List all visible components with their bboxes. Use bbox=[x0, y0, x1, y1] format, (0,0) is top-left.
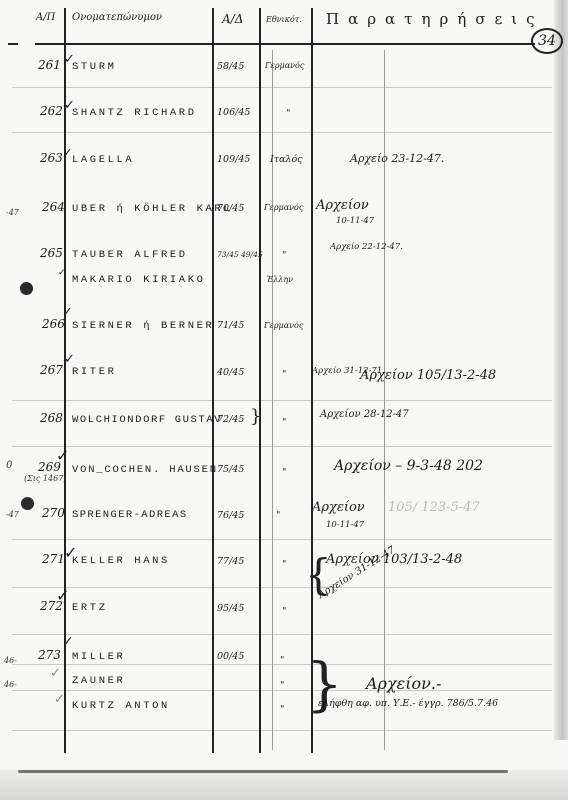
group-remark-title: Αρχείον.- bbox=[366, 674, 441, 693]
row-name: RITER bbox=[72, 366, 117, 378]
row-ad: 00/45 bbox=[217, 651, 244, 662]
row-nationality: " bbox=[286, 108, 290, 119]
row-name: STURM bbox=[72, 61, 117, 73]
row-remark: Αρχείον bbox=[312, 500, 365, 515]
ruled-line bbox=[12, 730, 552, 731]
row-number: 268 bbox=[40, 411, 63, 425]
row-number: 271 bbox=[42, 552, 65, 566]
row-nationality: Γερμανός bbox=[265, 61, 304, 70]
row-nationality: " bbox=[282, 559, 286, 570]
row-number: 267 bbox=[40, 363, 63, 377]
scanned-register-page: Α/Π Ονοματεπώνυμον Α/Δ Εθνικότ. Παρατηρή… bbox=[0, 0, 568, 800]
row-nationality: " bbox=[280, 704, 284, 715]
row-nationality: " bbox=[280, 680, 284, 691]
row-ad: 71/45 bbox=[217, 320, 244, 331]
page-edge-shadow bbox=[554, 0, 568, 740]
ruled-line bbox=[12, 87, 552, 88]
row-ad: 58/45 bbox=[217, 61, 244, 72]
page-number: 34 bbox=[531, 28, 563, 54]
margin-note: 46- bbox=[4, 656, 17, 665]
row-number: 270 bbox=[42, 506, 65, 520]
row-name: UBER ή KÖHLER KARL bbox=[72, 203, 232, 215]
punch-hole bbox=[20, 282, 33, 295]
ruled-line bbox=[12, 587, 552, 588]
margin-mark: 0 bbox=[6, 460, 12, 471]
page-bottom-shadow bbox=[0, 770, 568, 800]
check-mark-icon: ✓ bbox=[64, 352, 75, 367]
margin-dash bbox=[8, 43, 18, 45]
row-remark: Αρχείον 28-12-47 bbox=[320, 409, 409, 420]
check-mark-icon: ✓ bbox=[50, 666, 61, 681]
margin-note: 46- bbox=[4, 680, 17, 689]
row-name: TAUBER ALFRED bbox=[72, 249, 188, 261]
ruled-line bbox=[12, 132, 552, 133]
row-nationality: Γερμανός bbox=[264, 321, 303, 330]
ruled-line bbox=[12, 446, 552, 447]
row-number: 262 bbox=[40, 104, 63, 118]
row-nationality: " bbox=[276, 510, 280, 521]
header-name: Ονοματεπώνυμον bbox=[72, 12, 162, 23]
header-serial: Α/Π bbox=[36, 12, 55, 23]
row-number: 265 bbox=[40, 246, 63, 260]
row-remark: Αρχείο 22-12-47. bbox=[330, 242, 403, 252]
row-nationality: " bbox=[282, 606, 286, 617]
row-ad: 106/45 bbox=[217, 107, 250, 118]
row-remark: Αρχείο 23-12-47. bbox=[350, 152, 444, 165]
group-remark-detail: ελήφθη αφ. υπ. Υ.Ε.- έγγρ. 786/5.7.46 bbox=[318, 698, 498, 709]
row-ad: 73/45 49/45 bbox=[217, 250, 263, 259]
row-ad: 109/45 bbox=[217, 154, 250, 165]
row-nationality: " bbox=[282, 417, 286, 428]
row-ad: 95/45 bbox=[217, 603, 244, 614]
row-name: WOLCHIONDORF GUSTAV bbox=[72, 414, 222, 426]
row-number: 263 bbox=[40, 151, 63, 165]
check-mark-icon: ✓ bbox=[56, 586, 69, 605]
header-ad: Α/Δ bbox=[222, 12, 243, 26]
row-name: SIERNER ή BERNER bbox=[72, 320, 214, 332]
row-number: 273 bbox=[38, 648, 61, 662]
row-nationality: " bbox=[282, 250, 286, 261]
row-remark-archive: Αρχείον 105/13-2-48 bbox=[360, 368, 496, 383]
row-remark-date: 10-11-47 bbox=[326, 520, 364, 530]
row-nationality: " bbox=[282, 369, 286, 380]
bottom-rule bbox=[18, 770, 508, 773]
row-name: SHANTZ RICHARD bbox=[72, 107, 197, 119]
row-nationality: Ιταλός bbox=[270, 154, 303, 165]
check-mark-icon: ✓ bbox=[62, 634, 74, 650]
header-remarks: Παρατηρήσεις bbox=[326, 10, 544, 28]
row-remark-date: 10-11-47 bbox=[336, 216, 374, 226]
ruled-line bbox=[12, 539, 552, 540]
row-name: MILLER bbox=[72, 651, 125, 663]
row-number: 261 bbox=[38, 58, 61, 72]
column-divider bbox=[212, 8, 214, 753]
row-ad: 72/45 bbox=[217, 414, 244, 425]
margin-note: -47 bbox=[6, 208, 19, 217]
row-ad: 76/45 bbox=[217, 510, 244, 521]
row-nationality: " bbox=[280, 655, 284, 666]
row-name: KURTZ ANTON bbox=[72, 700, 170, 712]
row-name: LAGELLA bbox=[72, 154, 134, 166]
row-name: ZAUNER bbox=[72, 675, 125, 687]
row-nationality: Γερμανός bbox=[264, 203, 303, 212]
row-ad: 77/45 bbox=[217, 556, 244, 567]
punch-hole bbox=[21, 497, 34, 510]
column-divider bbox=[311, 8, 313, 753]
ruled-line bbox=[12, 634, 552, 635]
row-name: SPRENGER-ADREAS bbox=[72, 509, 188, 521]
margin-note: -47 bbox=[6, 510, 19, 519]
row-name: VON_COCHEN. HAUSEN bbox=[72, 464, 218, 476]
row-ad: 40/45 bbox=[217, 367, 244, 378]
row-name: MAKARIO KIRIAKO bbox=[72, 274, 206, 286]
row-number: 264 bbox=[42, 200, 65, 214]
header-nationality: Εθνικότ. bbox=[266, 15, 302, 24]
column-divider bbox=[259, 8, 261, 753]
row-nationality: " bbox=[282, 467, 286, 478]
header-rule bbox=[35, 43, 535, 45]
row-remark: Αρχείον – 9-3-48 202 bbox=[334, 458, 483, 474]
row-remark: Αρχείον bbox=[316, 198, 369, 213]
margin-note: (Σις 1467) bbox=[24, 474, 66, 483]
row-ad: 70/45 bbox=[217, 203, 244, 214]
check-mark-icon: ✓ bbox=[54, 692, 65, 707]
row-ad: 75/45 bbox=[217, 464, 244, 475]
brace-mark: } bbox=[250, 406, 261, 427]
check-mark-icon: ✓ bbox=[58, 268, 66, 278]
ruled-line bbox=[12, 400, 552, 401]
faint-remark: 105/ 123-5-47 bbox=[388, 500, 480, 515]
row-name: KELLER HANS bbox=[72, 555, 170, 567]
row-name: ERTZ bbox=[72, 602, 108, 614]
row-nationality: Έλλην bbox=[266, 275, 293, 284]
check-mark-icon: ✓ bbox=[62, 305, 73, 320]
check-mark-icon: ✓ bbox=[56, 446, 69, 465]
